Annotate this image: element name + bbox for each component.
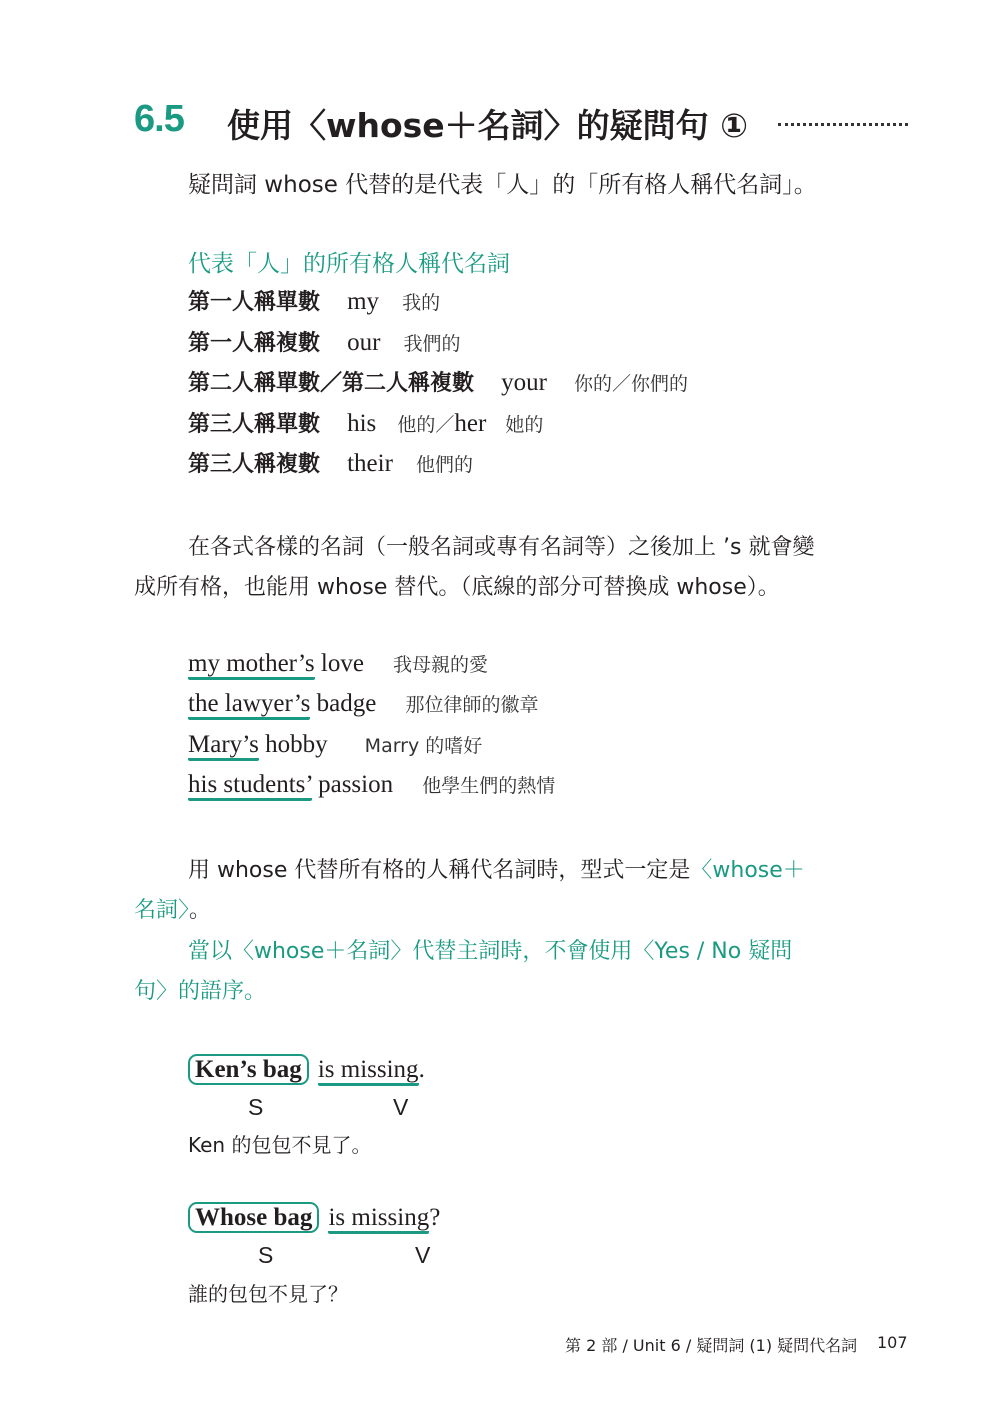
subject-label: S xyxy=(258,1242,273,1269)
section-number: 6.5 xyxy=(134,98,184,141)
verb-label: V xyxy=(415,1242,430,1269)
verb-underline: is missing xyxy=(318,1056,419,1086)
example-sentence: Whose bag is missing? xyxy=(188,1204,440,1232)
example-item: the lawyer’s badge 那位律師的徽章 xyxy=(188,690,538,718)
pronoun-row: 第一人稱單數 my 我的 xyxy=(188,285,440,316)
rule-paragraph-line1: 用 whose 代替所有格的人稱代名詞時，型式一定是〈whose＋ xyxy=(188,853,805,884)
page-number: 107 xyxy=(877,1333,908,1352)
sentence-translation: Ken 的包包不見了。 xyxy=(188,1129,371,1158)
subject-box: Ken’s bag xyxy=(188,1054,309,1085)
subject-box: Whose bag xyxy=(188,1202,319,1233)
possessive-paragraph-line2: 成所有格，也能用 whose 替代。（底線的部分可替換成 whose）。 xyxy=(134,570,780,601)
section-title: 使用〈whose＋名詞〉的疑問句 ① xyxy=(227,100,748,147)
verb-underline: is missing xyxy=(328,1204,429,1234)
rule-paragraph-line2: 名詞〉。 xyxy=(134,893,211,924)
pronoun-row: 第三人稱單數 his 他的／her 她的 xyxy=(188,407,543,438)
dotted-leader xyxy=(778,123,908,126)
verb-label: V xyxy=(393,1094,408,1121)
intro-text: 疑問詞 whose 代替的是代表「人」的「所有格人稱代名詞」。 xyxy=(188,166,817,199)
subject-label: S xyxy=(248,1094,263,1121)
footer-breadcrumb: 第 2 部 / Unit 6 / 疑問詞 (1) 疑問代名詞 xyxy=(565,1333,857,1356)
sentence-translation: 誰的包包不見了？ xyxy=(188,1278,348,1307)
possessive-paragraph-line1: 在各式各樣的名詞（一般名詞或專有名詞等）之後加上 ’s 就會變 xyxy=(188,530,814,561)
example-sentence: Ken’s bag is missing. xyxy=(188,1056,425,1084)
pronoun-row: 第三人稱複數 their 他們的 xyxy=(188,447,473,478)
rule-paragraph-line3: 當以〈whose＋名詞〉代替主詞時，不會使用〈Yes / No 疑問 xyxy=(188,934,792,965)
pronoun-table-title: 代表「人」的所有格人稱代名詞 xyxy=(188,245,510,278)
rule-paragraph-line4: 句〉的語序。 xyxy=(134,974,266,1005)
pronoun-row: 第二人稱單數／第二人稱複數 your 你的／你們的 xyxy=(188,366,688,397)
example-item: his students’ passion 他學生們的熱情 xyxy=(188,771,555,799)
pronoun-row: 第一人稱複數 our 我們的 xyxy=(188,326,461,357)
example-item: Mary’s hobby Marry 的嗜好 xyxy=(188,731,482,759)
example-item: my mother’s love 我母親的愛 xyxy=(188,650,488,678)
